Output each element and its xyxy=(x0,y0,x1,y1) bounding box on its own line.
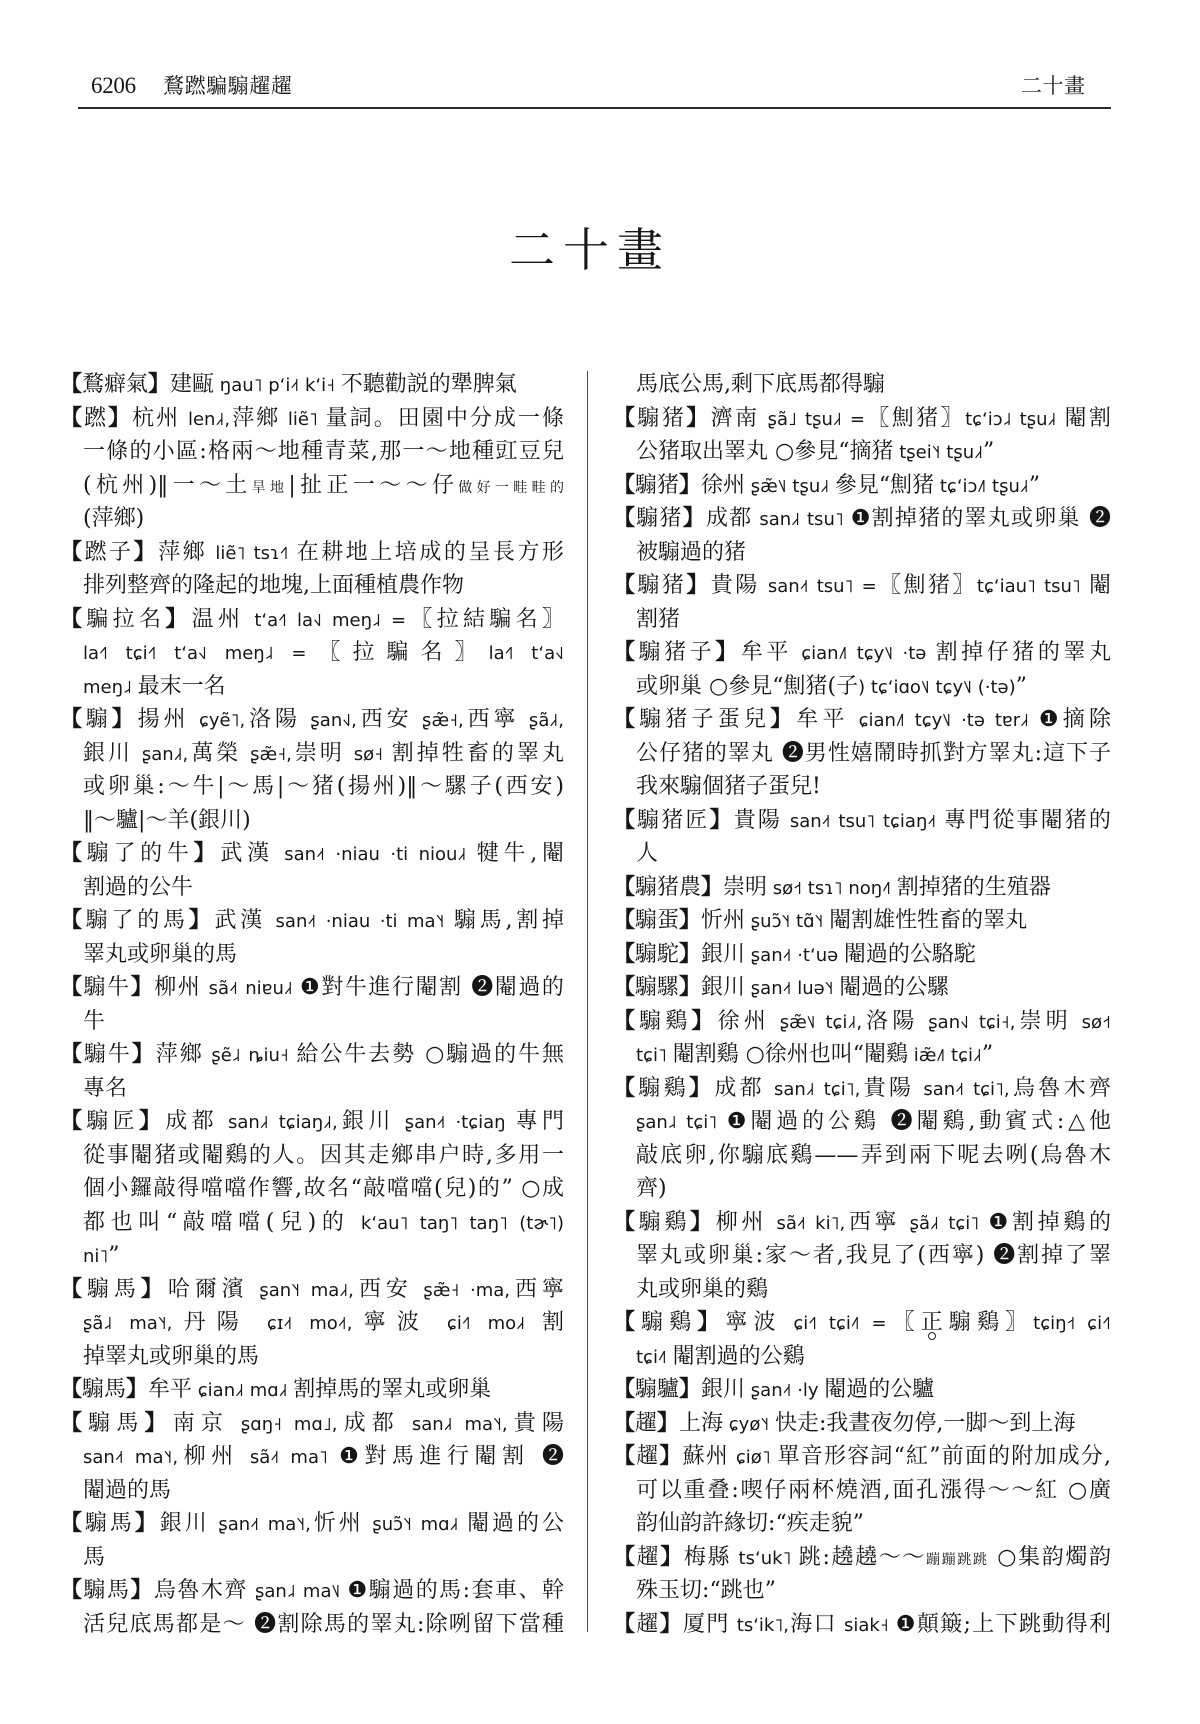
headword: 騸匠 xyxy=(60,1109,165,1134)
entry-line: 睪丸或卵巢:家～者,我見了(西寧) ❷割掉了睪 xyxy=(613,1239,1111,1273)
dictionary-entry: 騸牛柳州 sã˨˦ niɐu˩˧ ❶對牛進行閹割 ❷閹過的牛 xyxy=(60,971,564,1038)
headword: 蹨 xyxy=(60,406,132,431)
entry-line: 睪丸或卵巢的馬 xyxy=(60,938,564,972)
entry-line-text: 齊) xyxy=(636,1172,667,1206)
dictionary-page: 6206 鶩蹨騙騸趯趯 二十畫 二十畫 鶩癖氣建甌 ŋau˥ pʻi˨˦ kʻi… xyxy=(0,0,1200,1724)
dictionary-entry: 騸猪子牟平 ɕian˩˥ tɕy˥˩ ·tə 割掉仔猪的睪丸或卵巢 ○參見“劁猪… xyxy=(613,636,1111,703)
entry-line: 牛 xyxy=(60,1005,564,1039)
dictionary-entry: 騸猪匠貴陽 san˨˦ tsu˥ tɕiaŋ˨˦ 專門從事閹猪的人 xyxy=(613,804,1111,871)
phonetic-transcription: ʂan˧˩, xyxy=(301,710,357,731)
entry-line-text: 丸或卵巢的鷄 xyxy=(636,1273,768,1307)
entry-line: 銀川 ʂan˩˧,萬榮 ʂæ̃˧,崇明 sø˧ 割掉牲畜的睪丸 xyxy=(60,737,564,771)
dictionary-entry: 騸猪子蛋兒牟平 ɕian˩˥ tɕy˥˩ ·tə tɐr˩˧ ❶摘除公仔猪的睪丸… xyxy=(613,703,1111,804)
definition-text: ʂã˩˨ ma˥˧,丹陽 ɕɪ˨˦ mo˨˦,寧波 ɕi˧˥ mo˩˧ 割 xyxy=(83,1310,564,1335)
entry-line: meŋ˩˨ 最末一名 xyxy=(60,670,564,704)
headword: 騸了的牛 xyxy=(60,841,220,866)
definition-text: 揚州 ɕyẽ˥,洛陽 ʂan˧˩,西安 ʂæ̃˧,西寧 ʂã˩˧, xyxy=(138,707,564,732)
definition-text: ʂan˩˨ tɕi˥ ❶閹過的公鷄 ❷閹鷄,動賓式:△他 xyxy=(636,1109,1111,1134)
headword: 騸猪子 xyxy=(613,640,741,665)
entry-line-text: tɕi˥ 閹割鷄 ○徐州也叫“閹鷄 iæ̃˩˥ tɕi˩˧” xyxy=(636,1038,993,1073)
phonetic-transcription: liẽ˥ xyxy=(280,409,325,430)
definition-text: 齊) xyxy=(636,1176,667,1201)
phonetic-transcription: ɕian˩˥ tɕy˥˩ ·tə tɐr˩˧ xyxy=(849,710,1039,731)
entry-line: san˨˦ ma˥˧,柳州 sã˨˦ ma˥ ❶對馬進行閹割 ❷ xyxy=(60,1440,564,1474)
column-divider xyxy=(587,371,588,1632)
entry-line: 活兒底馬都是～ ❷割除馬的睪丸:除咧留下當種 xyxy=(60,1608,564,1642)
entry-line: 可以重叠:喫仔兩杯燒酒,面孔漲得～～紅 ○廣 xyxy=(613,1474,1111,1508)
definition-text: 温州 tʻa˧˥ la˧˩ meŋ˩˨ =〖拉結騙名〗 xyxy=(192,607,564,632)
definition-text: 被騸過的猪 xyxy=(636,540,746,565)
headword: 趯 xyxy=(613,1612,683,1637)
headword: 趯 xyxy=(613,1411,679,1436)
dictionary-entry: 騸猪農崇明 sø˧˦ tsɿ˥ noŋ˨˥ 割掉猪的生殖器 xyxy=(613,871,1111,905)
dictionary-entry: 騸馬牟平 ɕian˩˧ mɑ˩˧ 割掉馬的睪丸或卵巢 xyxy=(60,1373,564,1407)
definition-text: 銀川 ʂan˨˦ ma˥˧,忻州 ʂuɔ̃˥˧ mɑ˩˧ 閹過的公 xyxy=(160,1511,564,1536)
phonetic-transcription: liẽ˥ tsɿ˧˥ xyxy=(207,543,297,564)
entry-line-text: 馬 xyxy=(83,1541,105,1575)
definition-text: 馬底公馬,剩下底馬都得騸 xyxy=(636,372,885,397)
definition-text: 蘇州 ɕiø˥ 單音形容詞“紅”前面的附加成分, xyxy=(683,1444,1111,1469)
entry-line: 專名 xyxy=(60,1072,564,1106)
phonetic-transcription: san˩˧ tɕiaŋ˩˧, xyxy=(218,1112,338,1133)
entry-line: 騸騾銀川 ʂan˨˦ luə˥˧ 閹過的公騾 xyxy=(613,971,1111,1005)
definition-text: 閹過的馬 xyxy=(83,1478,171,1503)
phonetic-transcription: san˨˦ tsu˥ tɕiaŋ˨˦ xyxy=(782,811,944,832)
entry-line: 趯蘇州 ɕiø˥ 單音形容詞“紅”前面的附加成分, xyxy=(613,1440,1111,1474)
entry-line-text: 公仔猪的睪丸 ❷男性嬉鬧時抓對方睪丸:這下子 xyxy=(636,737,1111,771)
small-gloss: 做好一畦畦的 xyxy=(458,480,564,496)
headword: 騸 xyxy=(60,707,138,732)
entry-line-text: 趯厦門 tsʻik˥,海口 siak˧ ❶顛簸;上下跳動得利 xyxy=(613,1608,1111,1643)
definition-text: 銀川 ʂan˨˦ ·tʻuə 閹過的公駱駝 xyxy=(701,942,976,967)
definition-text: 我來騸個猪子蛋兒! xyxy=(636,774,821,799)
headword: 騸了的馬 xyxy=(60,908,215,933)
entry-line-text: 排列整齊的隆起的地塊,上面種植農作物 xyxy=(83,569,464,603)
entry-line-text: 睪丸或卵巢的馬 xyxy=(83,938,237,972)
definition-text: tɕi˨˥ 閹割過的公鷄 xyxy=(636,1344,805,1369)
entry-line: 騸蛋忻州 ʂuɔ̃˥˧ tɑ̃˥˧ 閹割雄性牲畜的睪丸 xyxy=(613,904,1111,938)
definition-text: 烏魯木齊 ʂan˩˨ ma˥˩ ❶騸過的馬:套車、幹 xyxy=(154,1578,564,1603)
dictionary-entry: 騸鷄寧波 ɕi˧˥ tɕi˨˥ =〖正騸鷄〗tɕiŋ˧˦ ɕi˧˥tɕi˨˥ 閹… xyxy=(613,1306,1111,1373)
entry-line-text: 割猪 xyxy=(636,603,680,637)
definition-text: 忻州 ʂuɔ̃˥˧ tɑ̃˥˧ 閹割雄性牲畜的睪丸 xyxy=(701,908,1027,933)
entry-line-text: 或卵巢:～牛|～馬|～猪(揚州)‖～騾子(西安) xyxy=(83,770,564,804)
headword: 騙拉名 xyxy=(60,607,192,632)
entry-line: 騸駝銀川 ʂan˨˦ ·tʻuə 閹過的公駱駝 xyxy=(613,938,1111,972)
phonetic-transcription: ʂẽ˩˨ ȵiu˧ xyxy=(204,1045,297,1066)
phonetic-transcription: ɕyẽ˥, xyxy=(189,710,245,731)
definition-text: 武漢 san˨˦ ·niau ·ti niou˩˧ 犍牛,閹 xyxy=(220,841,564,866)
headword: 騸猪 xyxy=(613,473,701,498)
dictionary-entry: 騸牛萍鄉 ʂẽ˩˨ ȵiu˧ 給公牛去勢 ○騸過的牛無專名 xyxy=(60,1038,564,1105)
definition-text: 馬 xyxy=(83,1545,105,1570)
definition-text: 濟南 ʂã˩ tʂu˩˧ =〖劁猪〗tɕʻiɔ˩˨ tʂu˩˧ 閹割 xyxy=(711,406,1111,431)
entry-line: 鶩癖氣建甌 ŋau˥ pʻi˨˦ kʻi˧ 不聽勸説的犟脾氣 xyxy=(60,368,564,402)
entry-line-text: 騸鷄柳州 sã˨˦ ki˥,西寧 ʂã˩˧ tɕi˥ ❶割掉鷄的 xyxy=(613,1206,1111,1241)
headword: 騸牛 xyxy=(60,975,154,1000)
entry-line: tɕi˥ 閹割鷄 ○徐州也叫“閹鷄 iæ̃˩˥ tɕi˩˧” xyxy=(613,1038,1111,1072)
definition-text: 排列整齊的隆起的地塊,上面種植農作物 xyxy=(83,573,464,598)
phonetic-transcription: sã˨˦ ma˥ xyxy=(239,1447,339,1468)
entry-line-text: 騸鷄成都 san˩˧ tɕi˥,貴陽 san˨˦ tɕi˥,烏魯木齊 xyxy=(613,1072,1111,1107)
entry-line-text: 騸了的馬武漢 san˨˦ ·niau ·ti ma˥˧ 騸馬,割掉 xyxy=(60,904,564,939)
phonetic-transcription: tʂei˥˧ tʂu˩˧ xyxy=(893,442,983,463)
phonetic-transcription: ɕiø˥ xyxy=(729,1447,778,1468)
entry-line: (杭州)‖一～土旱地|扯正一～～仔做好一畦畦的 xyxy=(60,469,564,503)
definition-text: 割猪 xyxy=(636,607,680,632)
phonetic-transcription: ɕi˧˥ tɕi˨˥ = xyxy=(782,1313,887,1334)
entry-line-text: 閹過的馬 xyxy=(83,1474,171,1508)
definition-text: 柳州 sã˨˦ ki˥,西寧 ʂã˩˧ tɕi˥ ❶割掉鷄的 xyxy=(716,1210,1111,1235)
definition-text: 個小鑼敲得噹噹作響,故名“敲噹噹(兒)的” ○成 xyxy=(83,1176,564,1201)
definition-text: 割過的公牛 xyxy=(83,875,193,900)
definition-text: 丸或卵巢的鷄 xyxy=(636,1277,768,1302)
entry-line: 馬 xyxy=(60,1541,564,1575)
phonetic-transcription: len˩˧, xyxy=(180,409,230,430)
definition-text: ‖～驢|～羊(銀川) xyxy=(83,808,251,833)
entry-line: 馬底公馬,剩下底馬都得騸 xyxy=(613,368,1111,402)
headword: 趯 xyxy=(613,1545,684,1570)
definition-text: 徐州 ʂæ̃˥˩ tʂu˩˧ 參見“劁猪 tɕʻiɔ˩˥ tʂu˩˧” xyxy=(701,473,1040,498)
entry-line: 騸牛柳州 sã˨˦ niɐu˩˧ ❶對牛進行閹割 ❷閹過的 xyxy=(60,971,564,1005)
headword: 騸猪 xyxy=(613,406,711,431)
dictionary-entry: 騸馬哈爾濱 ʂan˥˧ ma˩˧,西安 ʂæ̃˧ ·ma,西寧ʂã˩˨ ma˥˧… xyxy=(60,1273,564,1374)
definition-text: 銀川 ʂan˩˧,萬榮 ʂæ̃˧,崇明 sø˧ 割掉牲畜的睪丸 xyxy=(83,741,564,766)
headword: 騸馬 xyxy=(60,1377,148,1402)
phonetic-transcription: ʂan˧˩ tɕi˧, xyxy=(918,1012,1015,1033)
dictionary-entry: 騸馬銀川 ʂan˨˦ ma˥˧,忻州 ʂuɔ̃˥˧ mɑ˩˧ 閹過的公馬 xyxy=(60,1507,564,1574)
phonetic-transcription: tʻa˧˥ la˧˩ meŋ˩˨ = xyxy=(244,610,406,631)
definition-text: |扯正一～～仔 xyxy=(288,473,458,498)
entry-line: 殊玉切:“跳也” xyxy=(613,1574,1111,1608)
section-label: 二十畫 xyxy=(1021,71,1086,101)
phonetic-transcription: ʂan˨˦ luə˥˧ xyxy=(745,978,839,999)
phonetic-transcription: san˨˦ tsu˥ = xyxy=(760,576,877,597)
entry-line: ʂan˩˨ tɕi˥ ❶閹過的公鷄 ❷閹鷄,動賓式:△他 xyxy=(613,1105,1111,1139)
phonetic-transcription: ʂã˩ tʂu˩˧ = xyxy=(760,409,866,430)
definition-text: 掉睪丸或卵巢的馬 xyxy=(83,1344,259,1369)
entry-line: 騸猪濟南 ʂã˩ tʂu˩˧ =〖劁猪〗tɕʻiɔ˩˨ tʂu˩˧ 閹割 xyxy=(613,402,1111,436)
definition-text: 銀川 ʂan˨˦ ·ly 閹過的公驢 xyxy=(701,1377,934,1402)
ring-marked-character: 正 xyxy=(921,1306,943,1340)
dictionary-entry: 騸鷄成都 san˩˧ tɕi˥,貴陽 san˨˦ tɕi˥,烏魯木齊ʂan˩˨ … xyxy=(613,1072,1111,1206)
dictionary-entry: 騸駝銀川 ʂan˨˦ ·tʻuə 閹過的公駱駝 xyxy=(613,938,1111,972)
definition-text: ○集韵燭韵 xyxy=(989,1545,1111,1570)
definition-text: 牟平 ɕian˩˧ mɑ˩˧ 割掉馬的睪丸或卵巢 xyxy=(148,1377,491,1402)
phonetic-transcription: ʂɑŋ˧ mɑ˩, xyxy=(229,1414,337,1435)
phonetic-transcription: san˩˧ tɕi˥, xyxy=(765,1079,860,1100)
dictionary-entry: 騸匠成都 san˩˧ tɕiaŋ˩˧,銀川 ʂan˨˦ ·tɕiaŋ 專門從事閹… xyxy=(60,1105,564,1273)
headword: 騸猪 xyxy=(613,573,711,598)
entry-line: 騸猪子蛋兒牟平 ɕian˩˥ tɕy˥˩ ·tə tɐr˩˧ ❶摘除 xyxy=(613,703,1111,737)
entry-line: 都也叫“敲噹噹(兒)的 kʻau˥ taŋ˥ taŋ˥ (tɚ˥) xyxy=(60,1206,564,1240)
phonetic-transcription: la˧˥ tɕi˧˥ tʻa˧˩ meŋ˩˨ = xyxy=(83,643,306,664)
dictionary-entry: 騸了的馬武漢 san˨˦ ·niau ·ti ma˥˧ 騸馬,割掉睪丸或卵巢的馬 xyxy=(60,904,564,971)
definition-text: 活兒底馬都是～ ❷割除馬的睪丸:除咧留下當種 xyxy=(83,1612,564,1637)
entry-line-text: 從事閹猪或閹鷄的人。因其走鄉串户時,多用一 xyxy=(83,1139,564,1173)
entry-line: (萍鄉) xyxy=(60,502,564,536)
phonetic-transcription: ʂuɔ̃˥˧ mɑ˩˧ xyxy=(364,1514,467,1535)
entry-line-text: (萍鄉) xyxy=(83,502,144,536)
dictionary-entry: 騸馬烏魯木齊 ʂan˩˨ ma˥˩ ❶騸過的馬:套車、幹活兒底馬都是～ ❷割除馬… xyxy=(60,1574,564,1641)
phonetic-transcription: iæ̃˩˥ tɕi˩˧ xyxy=(908,1045,982,1066)
entry-line-text: 騸牛萍鄉 ʂẽ˩˨ ȵiu˧ 給公牛去勢 ○騸過的牛無 xyxy=(60,1038,564,1073)
entry-line-text: ʂan˩˨ tɕi˥ ❶閹過的公鷄 ❷閹鷄,動賓式:△他 xyxy=(636,1105,1111,1140)
entry-line-text: 馬底公馬,剩下底馬都得騸 xyxy=(636,368,885,402)
definition-text: (杭州)‖一～土 xyxy=(83,473,252,498)
phonetic-transcription: tɕʻiau˥ tsu˥ xyxy=(977,576,1089,597)
headword: 騸馬 xyxy=(60,1578,154,1603)
headword: 趯 xyxy=(613,1444,683,1469)
dictionary-entry: 趯厦門 tsʻik˥,海口 siak˧ ❶顛簸;上下跳動得利 xyxy=(613,1608,1111,1642)
phonetic-transcription: ʂan˩˨ ma˥˩ xyxy=(248,1581,348,1602)
headword: 騸猪 xyxy=(613,506,706,531)
entry-line: 一條的小區:格兩～地種青菜,那一～地種豇豆兒 xyxy=(60,435,564,469)
dictionary-entry: 趯上海 ɕyø˥˧ 快走:我晝夜勿停,一脚～到上海 xyxy=(613,1407,1111,1441)
headword: 騸鷄 xyxy=(613,1310,725,1335)
phonetic-transcription: ɕi˧˥ mo˩˧ xyxy=(430,1313,542,1334)
entry-line: 騸馬牟平 ɕian˩˧ mɑ˩˧ 割掉馬的睪丸或卵巢 xyxy=(60,1373,564,1407)
phonetic-transcription: ʂan˨˦ ·ly xyxy=(745,1380,824,1401)
definition-text: 萍鄉 ʂẽ˩˨ ȵiu˧ 給公牛去勢 ○騸過的牛無 xyxy=(156,1042,564,1067)
entry-line-text: 趯梅縣 tsʻuk˥ 跳:趬趬～～蹦蹦跳跳 ○集韵燭韵 xyxy=(613,1541,1111,1578)
phonetic-transcription: ʂæ̃˧, xyxy=(241,744,291,765)
phonetic-transcription: san˩˧ ma˥˧, xyxy=(400,1414,508,1435)
phonetic-transcription: ʂã˩˨ ma˥˧, xyxy=(83,1313,172,1334)
definition-text: 杭州 len˩˧,萍鄉 liẽ˥ 量詞。田園中分成一條 xyxy=(132,406,564,431)
definition-text: 成都 san˩˧ tɕiaŋ˩˧,銀川 ʂan˨˦ ·tɕiaŋ 專門 xyxy=(165,1109,564,1134)
headword: 蹨子 xyxy=(60,540,158,565)
definition-text: 一條的小區:格兩～地種青菜,那一～地種豇豆兒 xyxy=(83,439,564,464)
dictionary-entry: 騸鷄柳州 sã˨˦ ki˥,西寧 ʂã˩˧ tɕi˥ ❶割掉鷄的睪丸或卵巢:家～… xyxy=(613,1206,1111,1307)
left-column: 鶩癖氣建甌 ŋau˥ pʻi˨˦ kʻi˧ 不聽勸説的犟脾氣蹨杭州 len˩˧,… xyxy=(60,368,564,1641)
entry-line-text: 騸猪濟南 ʂã˩ tʂu˩˧ =〖劁猪〗tɕʻiɔ˩˨ tʂu˩˧ 閹割 xyxy=(613,402,1111,437)
entry-line-text: 騙拉名温州 tʻa˧˥ la˧˩ meŋ˩˨ =〖拉結騙名〗 xyxy=(60,603,564,638)
entry-line: 公猪取出睪丸 ○參見“摘猪 tʂei˥˧ tʂu˩˧” xyxy=(613,435,1111,469)
dictionary-entry: 騸蛋忻州 ʂuɔ̃˥˧ tɑ̃˥˧ 閹割雄性牲畜的睪丸 xyxy=(613,904,1111,938)
entry-line-text: 騸匠成都 san˩˧ tɕiaŋ˩˧,銀川 ʂan˨˦ ·tɕiaŋ 專門 xyxy=(60,1105,564,1140)
headword: 騸馬 xyxy=(60,1511,160,1536)
entry-line: ʂã˩˨ ma˥˧,丹陽 ɕɪ˨˦ mo˨˦,寧波 ɕi˧˥ mo˩˧ 割 xyxy=(60,1306,564,1340)
phonetic-transcription: san˨˦ ma˥˧, xyxy=(83,1447,178,1468)
definition-text: 徐州 ʂæ̃˥˩ tɕi˩˧,洛陽 ʂan˧˩ tɕi˧,崇明 sø˧˦ xyxy=(718,1009,1111,1034)
entry-line-text: ʂã˩˨ ma˥˧,丹陽 ɕɪ˨˦ mo˨˦,寧波 ɕi˧˥ mo˩˧ 割 xyxy=(83,1306,564,1341)
definition-text: 從事閹猪或閹鷄的人。因其走鄉串户時,多用一 xyxy=(83,1143,564,1168)
headword: 騸馬 xyxy=(60,1277,168,1302)
entry-line: 騸鷄成都 san˩˧ tɕi˥,貴陽 san˨˦ tɕi˥,烏魯木齊 xyxy=(613,1072,1111,1106)
phonetic-transcription: ɕian˩˧ mɑ˩˧ xyxy=(192,1380,293,1401)
phonetic-transcription: tɕʻiɔ˩˨ tʂu˩˧ xyxy=(965,409,1064,430)
phonetic-transcription: ʂan˥˧ ma˩˧, xyxy=(249,1280,354,1301)
dictionary-entry: 騸騾銀川 ʂan˨˦ luə˥˧ 閹過的公騾 xyxy=(613,971,1111,1005)
entry-line: 騸馬銀川 ʂan˨˦ ma˥˧,忻州 ʂuɔ̃˥˧ mɑ˩˧ 閹過的公 xyxy=(60,1507,564,1541)
entry-line-text: 騸牛柳州 sã˨˦ niɐu˩˧ ❶對牛進行閹割 ❷閹過的 xyxy=(60,971,564,1006)
entry-line-text: 騸馬烏魯木齊 ʂan˩˨ ma˥˩ ❶騸過的馬:套車、幹 xyxy=(60,1574,564,1609)
phonetic-transcription: sø˧˦ tsɿ˥ noŋ˨˥ xyxy=(767,878,897,899)
entry-line-text: 殊玉切:“跳也” xyxy=(636,1574,776,1608)
dictionary-entry: 騸猪濟南 ʂã˩ tʂu˩˧ =〖劁猪〗tɕʻiɔ˩˨ tʂu˩˧ 閹割公猪取出… xyxy=(613,402,1111,469)
entry-line: 韵仙韵許緣切:“疾走貌” xyxy=(613,1507,1111,1541)
entry-line-text: 被騸過的猪 xyxy=(636,536,746,570)
entry-line-text: ‖～驢|～羊(銀川) xyxy=(83,804,251,838)
definition-text: meŋ˩˨ 最末一名 xyxy=(83,674,226,699)
right-column: 馬底公馬,剩下底馬都得騸騸猪濟南 ʂã˩ tʂu˩˧ =〖劁猪〗tɕʻiɔ˩˨ … xyxy=(613,368,1111,1641)
running-header: 6206 鶩蹨騙騸趯趯 二十畫 xyxy=(0,0,1200,112)
entry-line: 割猪 xyxy=(613,603,1111,637)
entry-line: 蹨杭州 len˩˧,萍鄉 liẽ˥ 量詞。田園中分成一條 xyxy=(60,402,564,436)
definition-text: 柳州 sã˨˦ niɐu˩˧ ❶對牛進行閹割 ❷閹過的 xyxy=(154,975,564,1000)
phonetic-transcription: ŋau˥ pʻi˨˦ kʻi˧ xyxy=(214,375,341,396)
entry-line-text: 騸驢銀川 ʂan˨˦ ·ly 閹過的公驢 xyxy=(613,1373,934,1408)
entry-line-text: 可以重叠:喫仔兩杯燒酒,面孔漲得～～紅 ○廣 xyxy=(636,1474,1111,1508)
entry-line: 閹過的馬 xyxy=(60,1474,564,1508)
phonetic-transcription: ʂan˨˦ ma˥˧, xyxy=(210,1514,311,1535)
headword: 騸馬 xyxy=(60,1411,173,1436)
header-rule xyxy=(78,107,1111,109)
entry-line-text: 騸馬哈爾濱 ʂan˥˧ ma˩˧,西安 ʂæ̃˧ ·ma,西寧 xyxy=(60,1273,564,1308)
entry-line-text: 人 xyxy=(636,837,658,871)
definition-text: 都也叫“敲噹噹(兒)的 kʻau˥ taŋ˥ taŋ˥ (tɚ˥) xyxy=(83,1210,564,1235)
entry-line-text: 騸鷄徐州 ʂæ̃˥˩ tɕi˩˧,洛陽 ʂan˧˩ tɕi˧,崇明 sø˧˦ xyxy=(613,1005,1111,1040)
entry-line: ‖～驢|～羊(銀川) xyxy=(60,804,564,838)
entry-line: 騸猪貴陽 san˨˦ tsu˥ =〖劁猪〗tɕʻiau˥ tsu˥ 閹 xyxy=(613,569,1111,603)
definition-text: 建甌 ŋau˥ pʻi˨˦ kʻi˧ 不聽勸説的犟脾氣 xyxy=(170,372,517,397)
entry-line: 騸鷄柳州 sã˨˦ ki˥,西寧 ʂã˩˧ tɕi˥ ❶割掉鷄的 xyxy=(613,1206,1111,1240)
phonetic-transcription: sø˧ xyxy=(345,744,392,765)
entry-line-text: 個小鑼敲得噹噹作響,故名“敲噹噹(兒)的” ○成 xyxy=(83,1172,564,1206)
entry-line: 騸了的牛武漢 san˨˦ ·niau ·ti niou˩˧ 犍牛,閹 xyxy=(60,837,564,871)
entry-line: 人 xyxy=(613,837,1111,871)
entry-line-text: 騸了的牛武漢 san˨˦ ·niau ·ti niou˩˧ 犍牛,閹 xyxy=(60,837,564,872)
small-gloss: 旱地 xyxy=(252,480,289,496)
phonetic-transcription: ʂan˩˨ tɕi˥ xyxy=(636,1112,727,1133)
entry-line-text: 蹨子萍鄉 liẽ˥ tsɿ˧˥ 在耕地上培成的呈長方形 xyxy=(60,536,564,571)
entry-line-text: 騸蛋忻州 ʂuɔ̃˥˧ tɑ̃˥˧ 閹割雄性牲畜的睪丸 xyxy=(613,904,1027,939)
dictionary-entry: 蹨杭州 len˩˧,萍鄉 liẽ˥ 量詞。田園中分成一條一條的小區:格兩～地種青… xyxy=(60,402,564,536)
entry-line-text: 趯蘇州 ɕiø˥ 單音形容詞“紅”前面的附加成分, xyxy=(613,1440,1111,1475)
phonetic-transcription: san˨˦ tɕi˥, xyxy=(914,1079,1009,1100)
entry-continuation: 馬底公馬,剩下底馬都得騸 xyxy=(613,368,1111,402)
entry-line-text: 睪丸或卵巢:家～者,我見了(西寧) ❷割掉了睪 xyxy=(636,1239,1111,1273)
entry-line: 騸馬南京 ʂɑŋ˧ mɑ˩,成都 san˩˧ ma˥˧,貴陽 xyxy=(60,1407,564,1441)
definition-text: 厦門 tsʻik˥,海口 siak˧ ❶顛簸;上下跳動得利 xyxy=(683,1612,1111,1637)
entry-line-text: 騸馬南京 ʂɑŋ˧ mɑ˩,成都 san˩˧ ma˥˧,貴陽 xyxy=(60,1407,564,1442)
phonetic-transcription: ʂæ̃˧ ·ma, xyxy=(413,1280,510,1301)
definition-text: 貴陽 san˨˦ tsu˥ =〖劁猪〗tɕʻiau˥ tsu˥ 閹 xyxy=(711,573,1111,598)
entry-line: 騸了的馬武漢 san˨˦ ·niau ·ti ma˥˧ 騸馬,割掉 xyxy=(60,904,564,938)
headword: 騸鷄 xyxy=(613,1009,718,1034)
entry-line: 掉睪丸或卵巢的馬 xyxy=(60,1340,564,1374)
headword: 騸鷄 xyxy=(613,1210,716,1235)
dictionary-entry: 趯蘇州 ɕiø˥ 單音形容詞“紅”前面的附加成分,可以重叠:喫仔兩杯燒酒,面孔漲… xyxy=(613,1440,1111,1541)
entry-line: 趯厦門 tsʻik˥,海口 siak˧ ❶顛簸;上下跳動得利 xyxy=(613,1608,1111,1642)
entry-line-text: 割過的公牛 xyxy=(83,871,193,905)
entry-line: 騸牛萍鄉 ʂẽ˩˨ ȵiu˧ 給公牛去勢 ○騸過的牛無 xyxy=(60,1038,564,1072)
phonetic-transcription: san˨˦ ·niau ·ti ma˥˧ xyxy=(266,911,454,932)
definition-text: 睪丸或卵巢:家～者,我見了(西寧) ❷割掉了睪 xyxy=(636,1243,1111,1268)
guide-characters: 鶩蹨騙騸趯趯 xyxy=(163,71,293,101)
phonetic-transcription: tɕi˥ xyxy=(636,1045,673,1066)
entry-line: 公仔猪的睪丸 ❷男性嬉鬧時抓對方睪丸:這下子 xyxy=(613,737,1111,771)
entry-line-text: san˨˦ ma˥˧,柳州 sã˨˦ ma˥ ❶對馬進行閹割 ❷ xyxy=(83,1440,564,1475)
dictionary-entry: 騸猪徐州 ʂæ̃˥˩ tʂu˩˧ 參見“劁猪 tɕʻiɔ˩˥ tʂu˩˧” xyxy=(613,469,1111,503)
headword: 騸猪農 xyxy=(613,875,723,900)
entry-line: 趯上海 ɕyø˥˧ 快走:我晝夜勿停,一脚～到上海 xyxy=(613,1407,1111,1441)
entry-line-text: tɕi˨˥ 閹割過的公鷄 xyxy=(636,1340,805,1375)
definition-text: 梅縣 tsʻuk˥ 跳:趬趬～～ xyxy=(684,1545,926,1570)
entry-line-text: 專名 xyxy=(83,1072,127,1106)
phonetic-transcription: tsʻik˥, xyxy=(730,1615,789,1636)
phonetic-transcription: ʂæ̃˥˩ tɕi˩˧, xyxy=(770,1012,862,1033)
dictionary-entry: 騸猪貴陽 san˨˦ tsu˥ =〖劁猪〗tɕʻiau˥ tsu˥ 閹割猪 xyxy=(613,569,1111,636)
headword: 騸蛋 xyxy=(613,908,701,933)
definition-text: 成都 san˩˧ tsu˥ ❶割掉猪的睪丸或卵巢 ❷ xyxy=(706,506,1111,531)
definition-text: (萍鄉) xyxy=(83,506,144,531)
entry-line: 排列整齊的隆起的地塊,上面種植農作物 xyxy=(60,569,564,603)
phonetic-transcription: ʂuɔ̃˥˧ tɑ̃˥˧ xyxy=(745,911,829,932)
definition-text: 上海 ɕyø˥˧ 快走:我晝夜勿停,一脚～到上海 xyxy=(679,1411,1075,1436)
definition-text: 萍鄉 liẽ˥ tsɿ˧˥ 在耕地上培成的呈長方形 xyxy=(158,540,564,565)
entry-line: 個小鑼敲得噹噹作響,故名“敲噹噹(兒)的” ○成 xyxy=(60,1172,564,1206)
entry-line-text: 騸猪子牟平 ɕian˩˥ tɕy˥˩ ·tə 割掉仔猪的睪丸 xyxy=(613,636,1111,671)
entry-line: 騸馬烏魯木齊 ʂan˩˨ ma˥˩ ❶騸過的馬:套車、幹 xyxy=(60,1574,564,1608)
small-gloss: 蹦蹦跳跳 xyxy=(926,1552,989,1568)
entry-line: 騸馬哈爾濱 ʂan˥˧ ma˩˧,西安 ʂæ̃˧ ·ma,西寧 xyxy=(60,1273,564,1307)
entry-line: 騸揚州 ɕyẽ˥,洛陽 ʂan˧˩,西安 ʂæ̃˧,西寧 ʂã˩˧, xyxy=(60,703,564,737)
page-number: 6206 xyxy=(91,71,136,101)
definition-text: 牟平 ɕian˩˥ tɕy˥˩ ·tə tɐr˩˧ ❶摘除 xyxy=(796,707,1111,732)
dictionary-entry: 騸猪成都 san˩˧ tsu˥ ❶割掉猪的睪丸或卵巢 ❷被騸過的猪 xyxy=(613,502,1111,569)
definition-text: san˨˦ ma˥˧,柳州 sã˨˦ ma˥ ❶對馬進行閹割 ❷ xyxy=(83,1444,564,1469)
entry-line-text: 掉睪丸或卵巢的馬 xyxy=(83,1340,259,1374)
entry-line: 割過的公牛 xyxy=(60,871,564,905)
entry-line: 敲底卵,你騸底鷄——弄到兩下呢去咧(烏魯木 xyxy=(613,1139,1111,1173)
phonetic-transcription: meŋ˩˨ xyxy=(83,677,138,698)
dictionary-entry: 騸揚州 ɕyẽ˥,洛陽 ʂan˧˩,西安 ʂæ̃˧,西寧 ʂã˩˧,銀川 ʂan… xyxy=(60,703,564,837)
entry-line: 騸鷄寧波 ɕi˧˥ tɕi˨˥ =〖正騸鷄〗tɕiŋ˧˦ ɕi˧˥ xyxy=(613,1306,1111,1340)
definition-text: 殊玉切:“跳也” xyxy=(636,1578,776,1603)
definition-text: 韵仙韵許緣切:“疾走貌” xyxy=(636,1511,864,1536)
definition-text: 敲底卵,你騸底鷄——弄到兩下呢去咧(烏魯木 xyxy=(636,1143,1111,1168)
definition-text: 牛 xyxy=(83,1009,105,1034)
headword: 騸猪子蛋兒 xyxy=(613,707,796,732)
definition-text: tɕi˥ 閹割鷄 ○徐州也叫“閹鷄 iæ̃˩˥ tɕi˩˧” xyxy=(636,1042,993,1067)
headword: 騸牛 xyxy=(60,1042,156,1067)
definition-text: 或卵巢 ○參見“劁猪(子) tɕʻiɑo˥˩ tɕy˥˩ (·tə)” xyxy=(636,674,1027,699)
definition-text: 哈爾濱 ʂan˥˧ ma˩˧,西安 ʂæ̃˧ ·ma,西寧 xyxy=(168,1277,564,1302)
headword: 騸鷄 xyxy=(613,1076,714,1101)
entry-line: 或卵巢:～牛|～馬|～猪(揚州)‖～騾子(西安) xyxy=(60,770,564,804)
phonetic-transcription: kʻau˥ taŋ˥ taŋ˥ (tɚ˥) xyxy=(350,1213,564,1234)
dictionary-entry: 騸馬南京 ʂɑŋ˧ mɑ˩,成都 san˩˧ ma˥˧,貴陽san˨˦ ma˥˧… xyxy=(60,1407,564,1508)
dictionary-entry: 趯梅縣 tsʻuk˥ 跳:趬趬～～蹦蹦跳跳 ○集韵燭韵殊玉切:“跳也” xyxy=(613,1541,1111,1608)
phonetic-transcription: tɕi˨˥ xyxy=(636,1347,673,1368)
entry-line-text: 騸鷄寧波 ɕi˧˥ tɕi˨˥ =〖正騸鷄〗tɕiŋ˧˦ ɕi˧˥ xyxy=(613,1306,1111,1341)
entry-line-text: 鶩癖氣建甌 ŋau˥ pʻi˨˦ kʻi˧ 不聽勸説的犟脾氣 xyxy=(60,368,517,403)
phonetic-transcription: ʂan˨˦ ·tʻuə xyxy=(745,945,844,966)
headword: 騸騾 xyxy=(613,975,701,1000)
entry-line: ni˥” xyxy=(60,1239,564,1273)
phonetic-transcription: ʂan˨˦ ·tɕiaŋ xyxy=(395,1112,516,1133)
phonetic-transcription: sã˨˦ ki˥, xyxy=(767,1213,845,1234)
entry-line-text: 牛 xyxy=(83,1005,105,1039)
entry-line: 從事閹猪或閹鷄的人。因其走鄉串户時,多用一 xyxy=(60,1139,564,1173)
definition-text: 專名 xyxy=(83,1076,127,1101)
entry-line-text: 公猪取出睪丸 ○參見“摘猪 tʂei˥˧ tʂu˩˧” xyxy=(636,435,994,470)
entry-line: 騸鷄徐州 ʂæ̃˥˩ tɕi˩˧,洛陽 ʂan˧˩ tɕi˧,崇明 sø˧˦ xyxy=(613,1005,1111,1039)
entry-line: 騸匠成都 san˩˧ tɕiaŋ˩˧,銀川 ʂan˨˦ ·tɕiaŋ 專門 xyxy=(60,1105,564,1139)
entry-line-text: 都也叫“敲噹噹(兒)的 kʻau˥ taŋ˥ taŋ˥ (tɚ˥) xyxy=(83,1206,564,1241)
